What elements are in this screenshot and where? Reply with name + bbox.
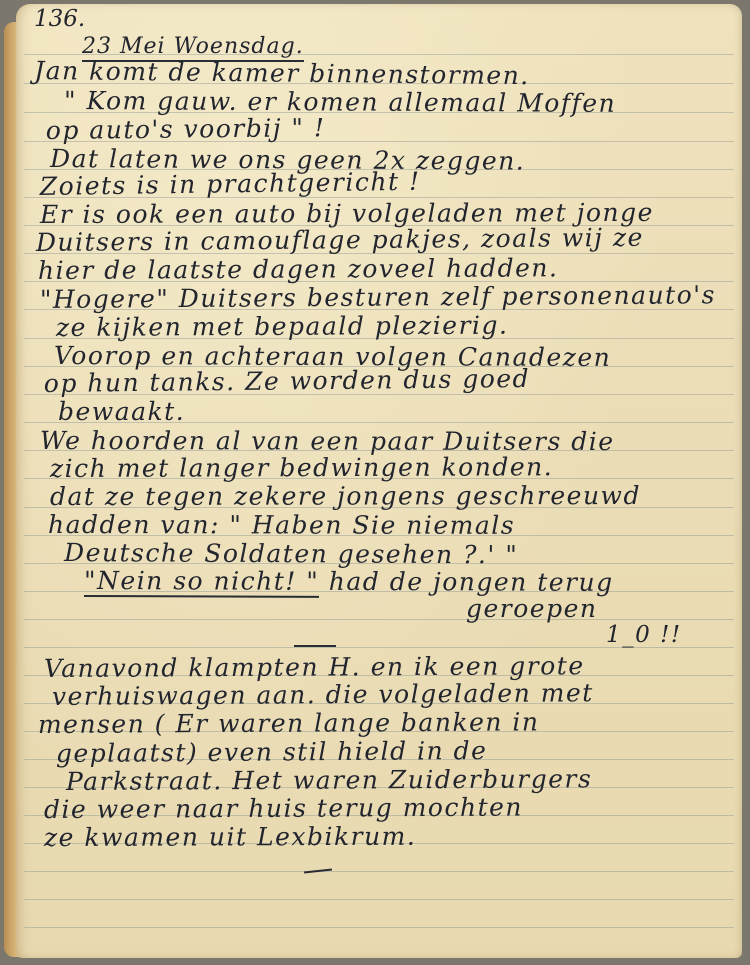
ruled-line bbox=[24, 871, 734, 872]
underlined-quote: "Nein so nicht! " bbox=[84, 566, 319, 598]
text-line: " Kom gauw. er komen allemaal Moffen bbox=[64, 86, 616, 118]
quote-line: "Nein so nicht! " had de jongen terug bbox=[84, 566, 614, 597]
text-line: Jan komt de kamer binnenstormen. bbox=[34, 56, 530, 90]
page-number: 136. bbox=[34, 6, 85, 32]
notebook-page: 136. 23 Mei Woensdag. Jan komt de kamer … bbox=[16, 4, 742, 958]
text-line: dat ze tegen zekere jongens geschreeuwd bbox=[50, 481, 641, 511]
text-line: verhuiswagen aan. die volgeladen met bbox=[52, 678, 594, 711]
text-line: mensen ( Er waren lange banken in bbox=[38, 707, 540, 739]
text-line: Zoiets is in prachtgericht ! bbox=[40, 167, 421, 201]
text-line: op hun tanks. Ze worden dus goed bbox=[44, 364, 531, 398]
text-line: ze kijken met bepaald plezierig. bbox=[56, 311, 509, 342]
score-note: 1_0 !! bbox=[606, 622, 682, 648]
text-line: Parkstraat. Het waren Zuiderburgers bbox=[66, 764, 592, 796]
text-line: had de jongen terug bbox=[329, 567, 614, 597]
text-line: op auto's voorbij " ! bbox=[46, 113, 326, 145]
ruled-line bbox=[24, 899, 734, 900]
scanned-notebook-page: 136. 23 Mei Woensdag. Jan komt de kamer … bbox=[0, 0, 750, 965]
text-line: "Hogere" Duitsers besturen zelf personen… bbox=[40, 280, 716, 314]
text-line: hadden van: " Haben Sie niemals bbox=[48, 510, 515, 540]
text-line: zich met langer bedwingen konden. bbox=[50, 452, 553, 483]
text-line: Duitsers in camouflage pakjes, zoals wij… bbox=[36, 223, 644, 257]
text-line: hier de laatste dagen zoveel hadden. bbox=[38, 253, 559, 285]
ruled-line bbox=[24, 619, 734, 620]
text-line: bewaakt. bbox=[58, 397, 185, 426]
text-line: geplaatst) even stil hield in de bbox=[56, 736, 488, 768]
text-line: ze kwamen uit Lexbikrum. bbox=[44, 822, 416, 852]
text-line: Deutsche Soldaten gesehen ?.' " bbox=[64, 538, 518, 569]
text-line: die weer naar huis terug mochten bbox=[44, 792, 523, 824]
ruled-line bbox=[24, 927, 734, 928]
divider-mark bbox=[294, 645, 336, 647]
text-line: geroepen bbox=[466, 594, 598, 623]
